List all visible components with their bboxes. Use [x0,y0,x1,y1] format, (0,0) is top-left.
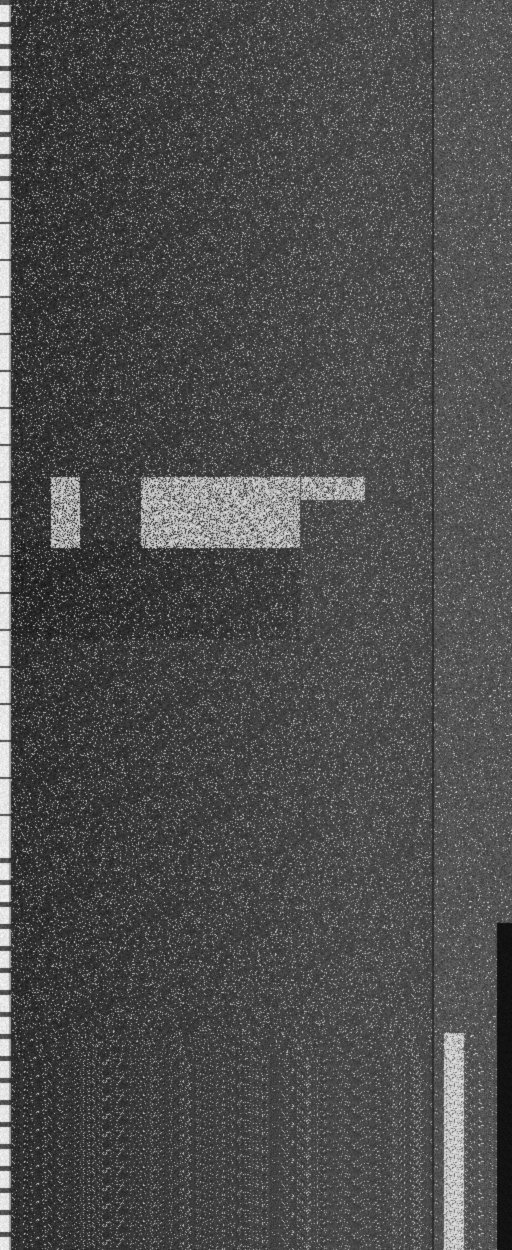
stop-marking [45,475,365,550]
lane-line-right [444,1032,464,1250]
dark-shoulder [497,922,512,1250]
lane-main [10,0,432,1250]
pavement-scan [0,0,512,1250]
